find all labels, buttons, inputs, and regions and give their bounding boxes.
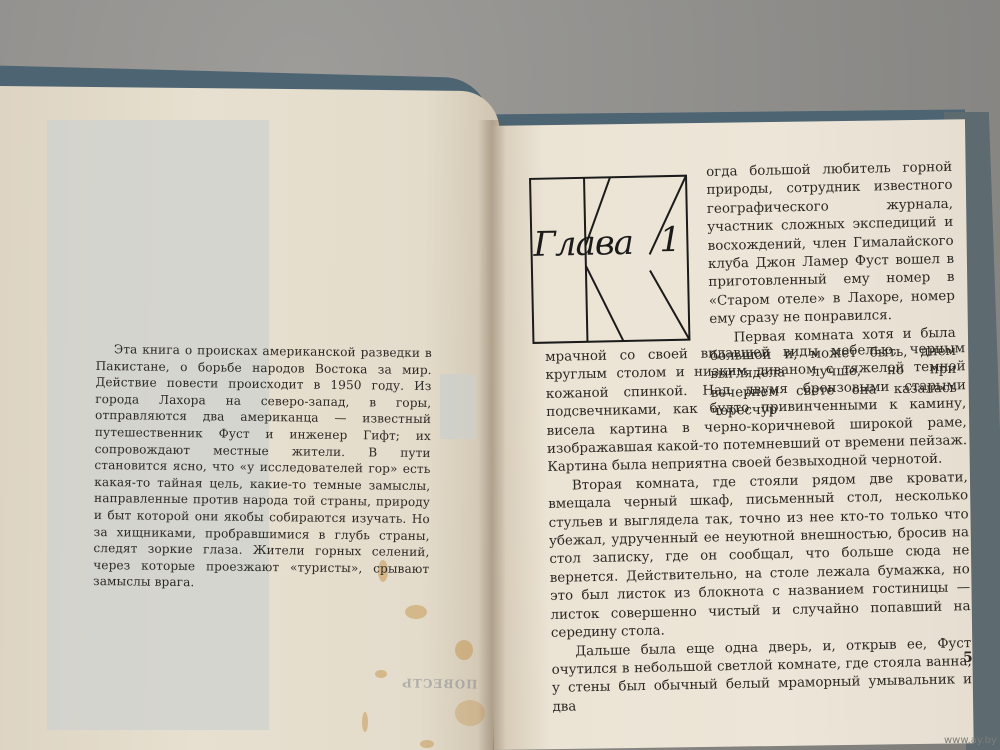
chapter-number: 1 [659,220,681,260]
paragraph-bathroom: Дальше была еще одна дверь, и, открыв ее… [551,635,972,717]
foxing-stain [455,700,485,726]
foxing-stain [362,712,368,732]
paragraph-first-room-end: мрачной со своей видавшей виды мебелью, … [545,340,968,478]
povest-stamp: ПОВЕСТЬ [401,676,478,691]
paragraph-opening: огда большой любитель горной природы, со… [706,159,955,330]
annotation-text: Эта книга о происках американской развед… [93,341,432,594]
page-number: 5 [963,650,973,666]
left-page-tinted-tab [440,374,476,439]
site-watermark: www.ay.by [944,735,997,746]
foxing-stain [420,740,434,748]
foxing-stain [455,640,473,660]
chapter-title: Глава [533,223,633,265]
foxing-stain [375,670,387,678]
book-gutter [478,120,506,750]
chapter-heading-ornament: Глава 1 [528,174,691,345]
foxing-stain [405,605,427,619]
paragraph-second-room: Вторая комната, где стояли рядом две кро… [548,469,971,643]
book-annotation: Эта книга о происках американской развед… [93,341,432,594]
chapter-text-wide-column: мрачной со своей видавшей виды мебелью, … [545,340,973,717]
